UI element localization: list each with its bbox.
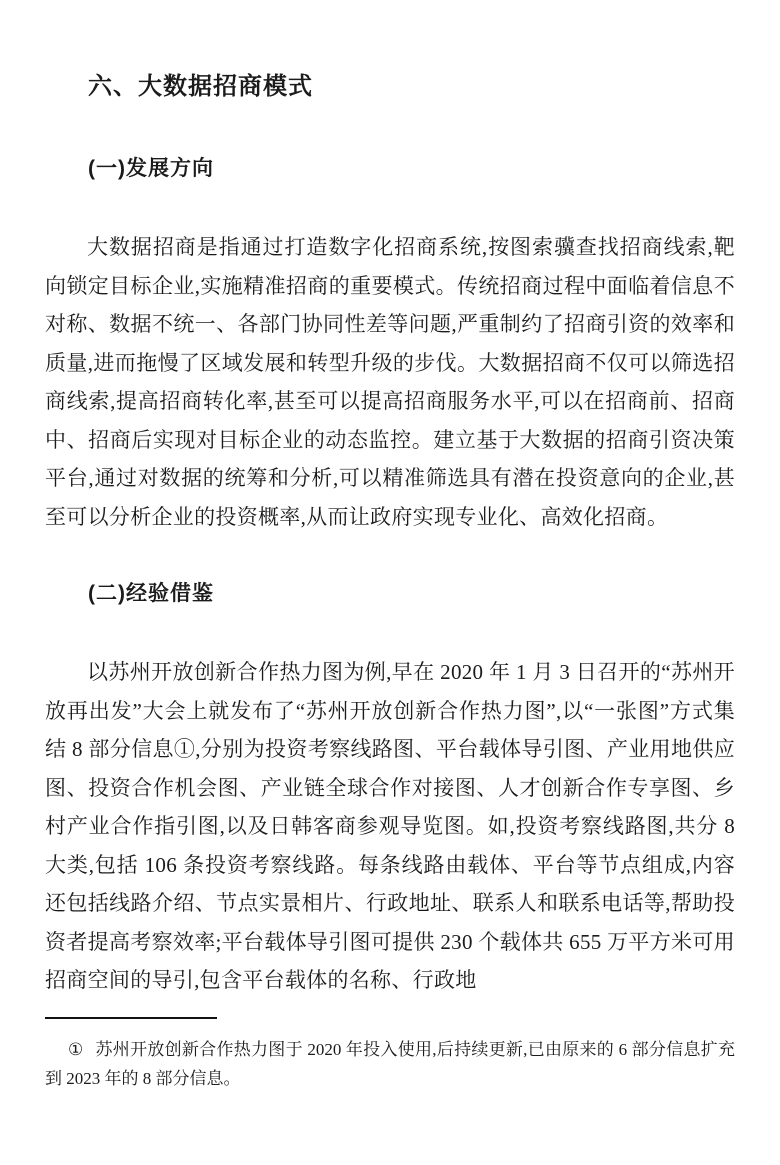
footnote-marker: ① bbox=[68, 1040, 84, 1059]
document-page: 六、大数据招商模式 (一)发展方向 大数据招商是指通过打造数字化招商系统,按图索… bbox=[0, 0, 780, 1165]
subheading-development-direction: (一)发展方向 bbox=[45, 155, 735, 183]
paragraph-experience-reference: 以苏州开放创新合作热力图为例,早在 2020 年 1 月 3 日召开的“苏州开放… bbox=[45, 653, 735, 1000]
section-development-direction: (一)发展方向 大数据招商是指通过打造数字化招商系统,按图索骥查找招商线索,靶向… bbox=[45, 155, 735, 536]
paragraph-development-direction: 大数据招商是指通过打造数字化招商系统,按图索骥查找招商线索,靶向锁定目标企业,实… bbox=[45, 228, 735, 536]
footnote-area: ①苏州开放创新合作热力图于 2020 年投入使用,后持续更新,已由原来的 6 部… bbox=[45, 1017, 735, 1093]
subheading-experience-reference: (二)经验借鉴 bbox=[45, 580, 735, 608]
footnote: ①苏州开放创新合作热力图于 2020 年投入使用,后持续更新,已由原来的 6 部… bbox=[45, 1035, 735, 1093]
footnote-separator-rule bbox=[45, 1017, 217, 1019]
chapter-heading: 六、大数据招商模式 bbox=[45, 72, 735, 102]
section-experience-reference: (二)经验借鉴 以苏州开放创新合作热力图为例,早在 2020 年 1 月 3 日… bbox=[45, 580, 735, 1000]
footnote-body: 苏州开放创新合作热力图于 2020 年投入使用,后持续更新,已由原来的 6 部分… bbox=[45, 1040, 735, 1088]
